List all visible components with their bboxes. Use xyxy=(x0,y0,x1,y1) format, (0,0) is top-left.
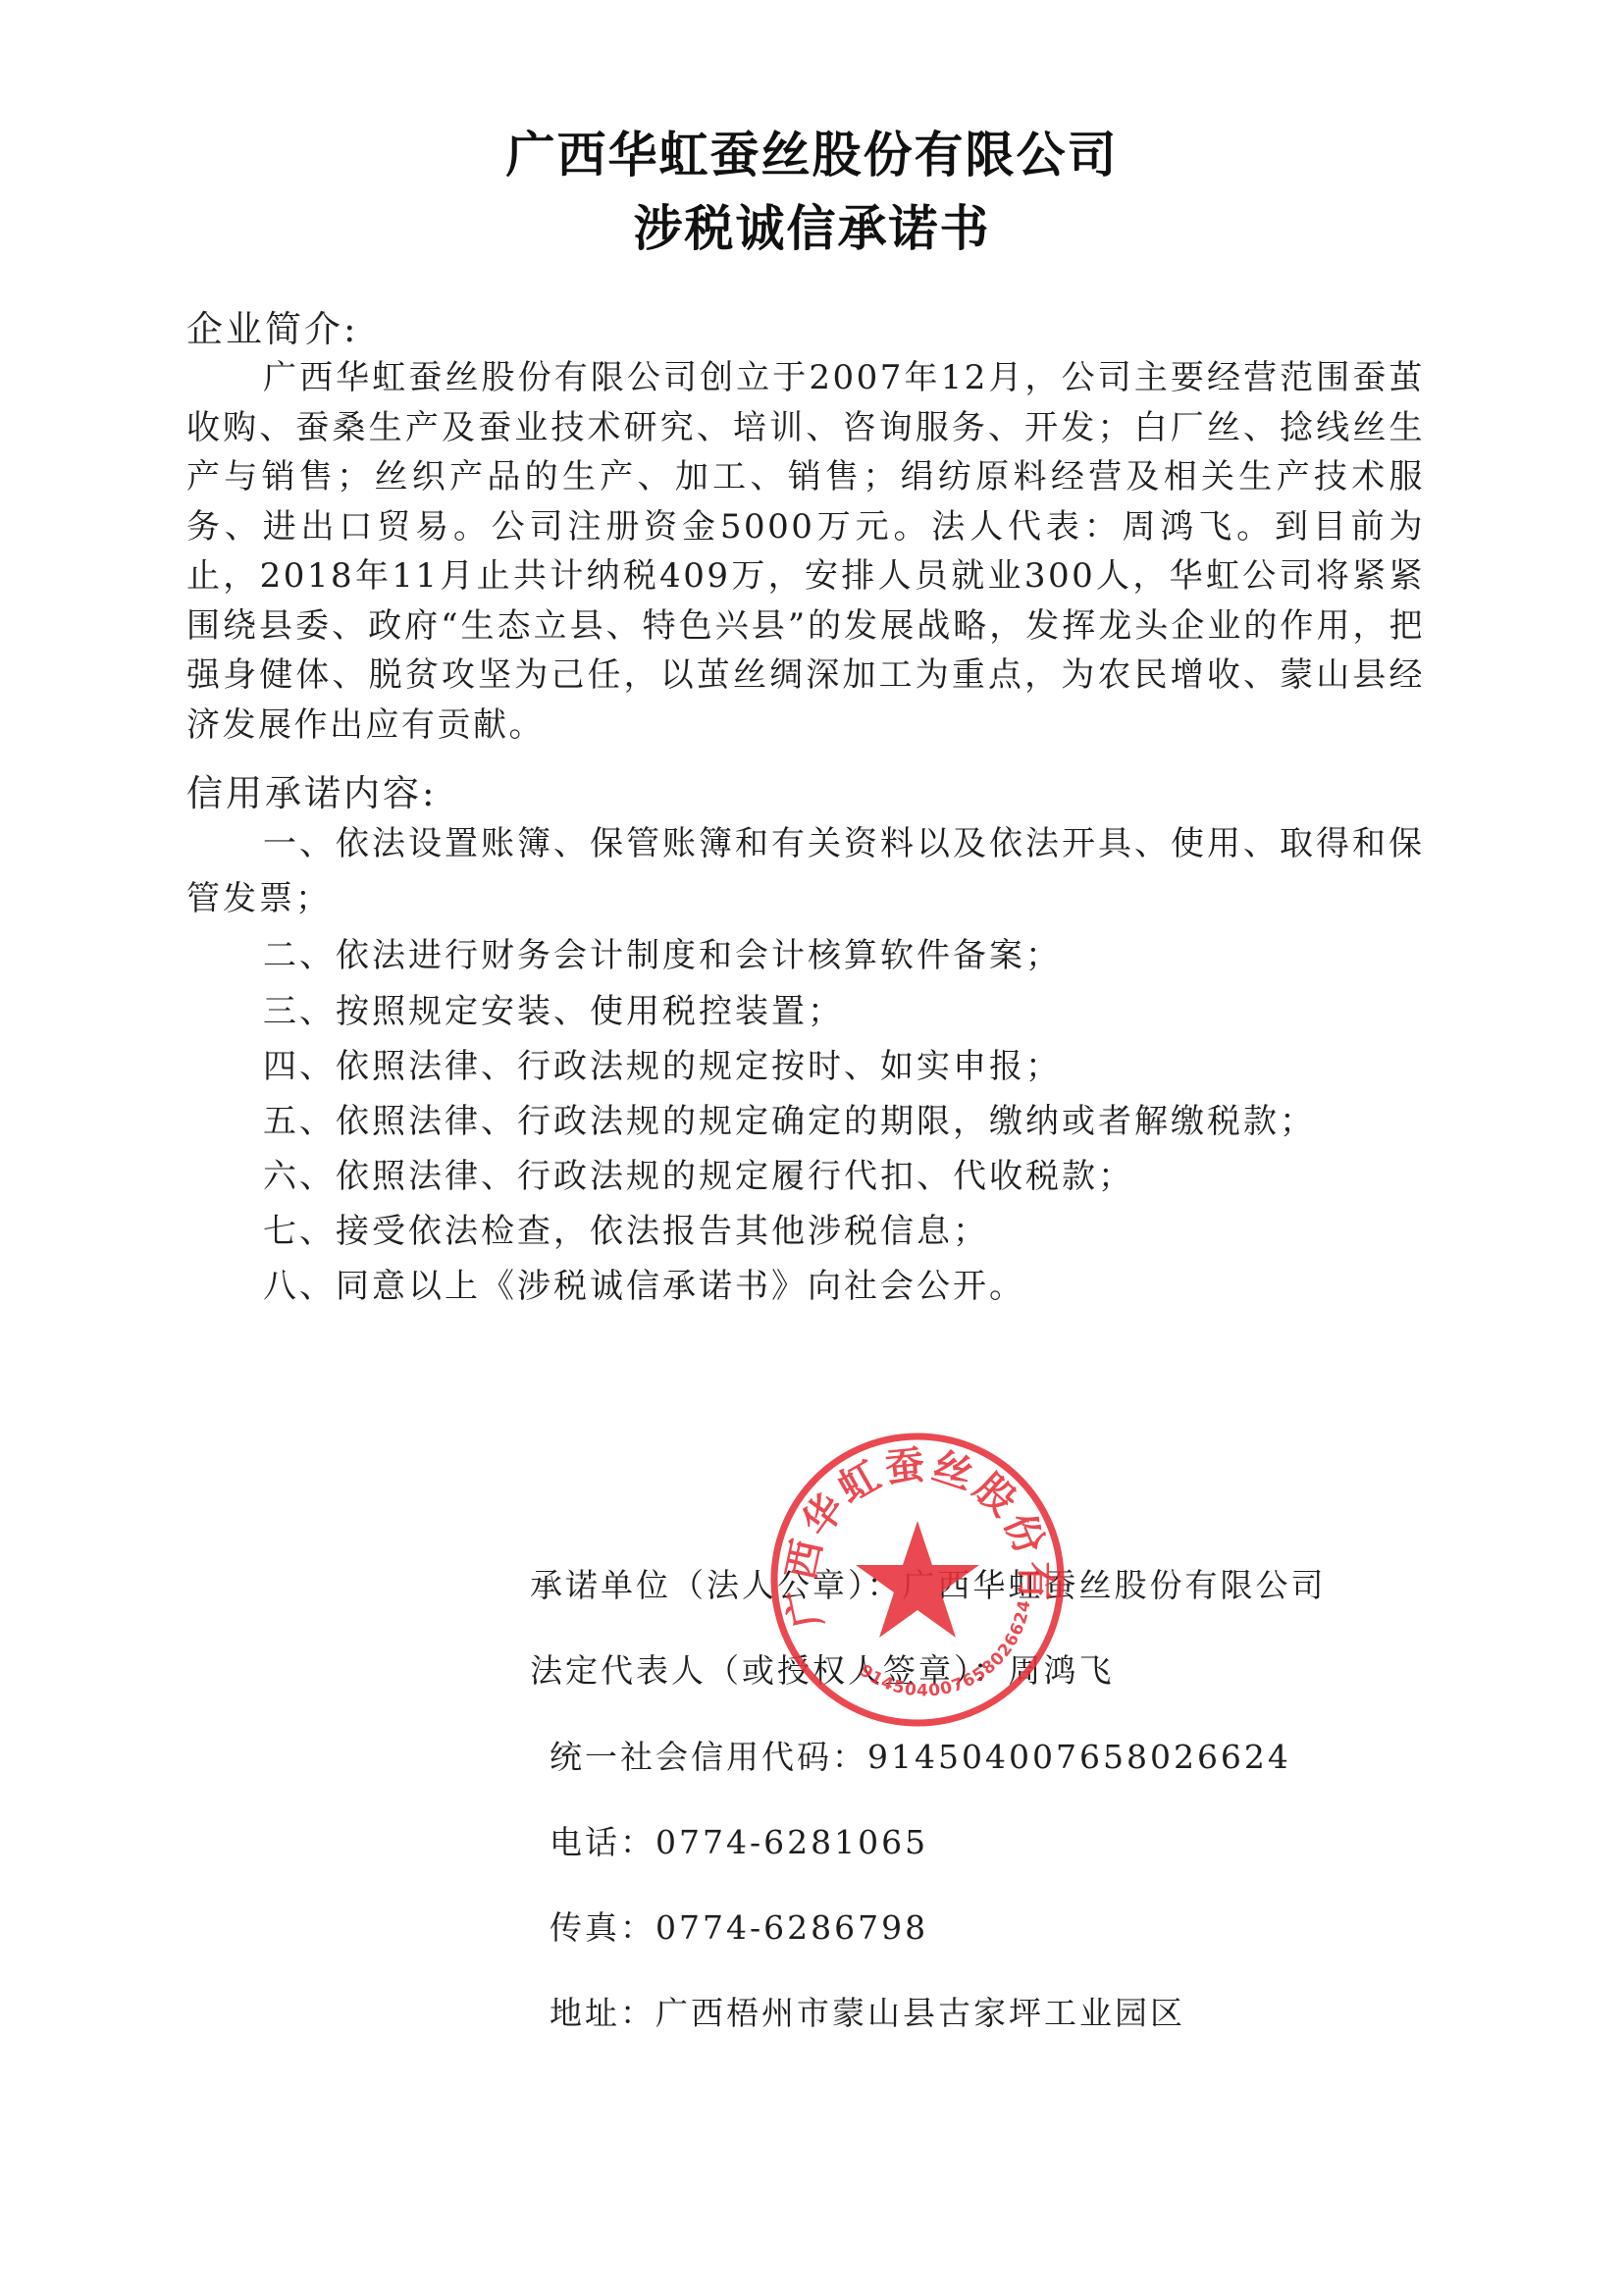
commitment-text: 六、依照法律、行政法规的规定履行代扣、代收税款； xyxy=(186,1149,1425,1204)
commitment-text: 七、接受依法检查，依法报告其他涉税信息； xyxy=(186,1204,1425,1259)
commitment-item-2: 二、依法进行财务会计制度和会计核算软件备案； xyxy=(186,928,1425,983)
commitment-item-1: 一、依法设置账簿、保管账簿和有关资料以及依法开具、使用、取得和保管发票； xyxy=(186,816,1425,926)
company-name-title: 广西华虹蚕丝股份有限公司 xyxy=(0,116,1624,186)
commitment-text: 一、依法设置账簿、保管账簿和有关资料以及依法开具、使用、取得和保管发票； xyxy=(186,816,1425,926)
commitment-item-3: 三、按照规定安装、使用税控装置； xyxy=(186,984,1425,1039)
document-title: 涉税诚信承诺书 xyxy=(0,189,1624,260)
commitments-heading: 信用承诺内容: xyxy=(186,763,437,816)
commitment-item-6: 六、依照法律、行政法规的规定履行代扣、代收税款； xyxy=(186,1149,1425,1204)
signature-representative: 法定代表人（或授权人签章）：周鸿飞 xyxy=(530,1645,1115,1692)
address: 地址：广西梧州市蒙山县古家坪工业园区 xyxy=(550,1988,1185,2034)
fax-number: 传真：0774-6286798 xyxy=(550,1903,928,1949)
signature-unit: 承诺单位（法人公章）：广西华虹蚕丝股份有限公司 xyxy=(530,1560,1327,1606)
credit-code: 统一社会信用代码：914504007658026624 xyxy=(550,1732,1291,1778)
commitment-text: 五、依照法律、行政法规的规定确定的期限，缴纳或者解缴税款； xyxy=(186,1094,1425,1149)
commitment-text: 二、依法进行财务会计制度和会计核算软件备案； xyxy=(186,928,1425,983)
commitment-text: 三、按照规定安装、使用税控装置； xyxy=(186,984,1425,1039)
commitment-item-4: 四、依照法律、行政法规的规定按时、如实申报； xyxy=(186,1039,1425,1094)
commitment-item-7: 七、接受依法检查，依法报告其他涉税信息； xyxy=(186,1204,1425,1259)
company-intro-heading: 企业简介: xyxy=(186,299,358,352)
commitment-text: 八、同意以上《涉税诚信承诺书》向社会公开。 xyxy=(186,1259,1425,1314)
commitment-item-8: 八、同意以上《涉税诚信承诺书》向社会公开。 xyxy=(186,1259,1425,1314)
commitment-item-5: 五、依照法律、行政法规的规定确定的期限，缴纳或者解缴税款； xyxy=(186,1094,1425,1149)
company-intro-paragraph: 广西华虹蚕丝股份有限公司创立于2007年12月，公司主要经营范围蚕茧收购、蚕桑生… xyxy=(186,353,1425,750)
commitment-text: 四、依照法律、行政法规的规定按时、如实申报； xyxy=(186,1039,1425,1094)
phone-number: 电话：0774-6281065 xyxy=(550,1817,928,1863)
